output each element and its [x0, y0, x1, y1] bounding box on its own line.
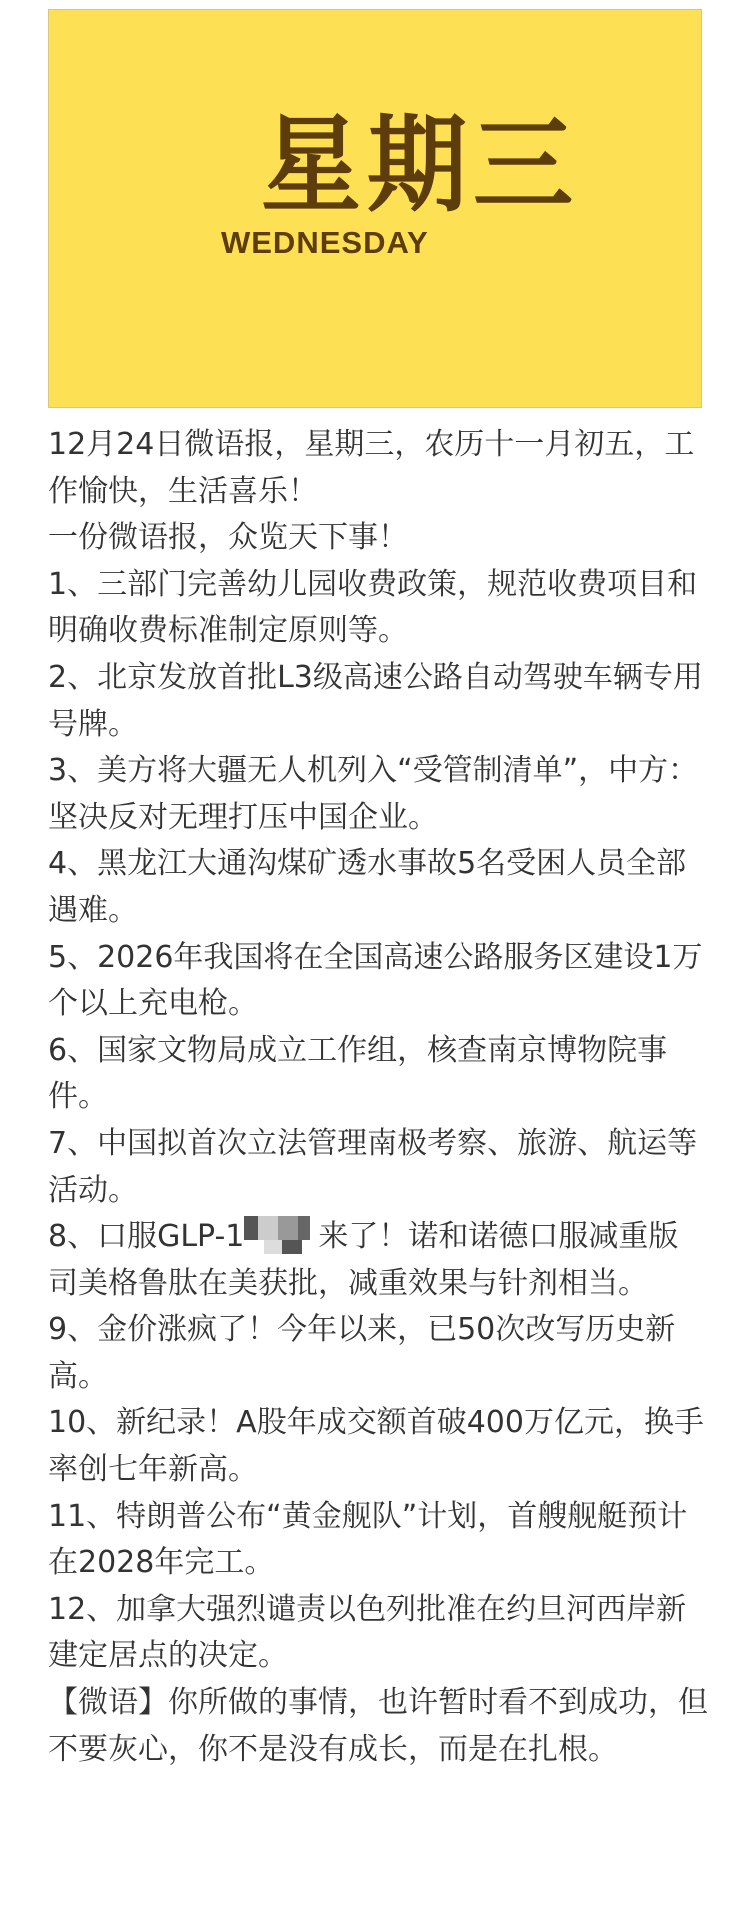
wednesday-banner: 星期三 WEDNESDAY [48, 9, 702, 408]
news-item-2: 2、北京发放首批L3级高速公路自动驾驶车辆专用号牌。 [48, 655, 708, 748]
intro-line-2: 一份微语报，众览天下事！ [48, 515, 708, 562]
news-item-10: 10、新纪录！A股年成交额首破400万亿元，换手率创七年新高。 [48, 1400, 708, 1493]
news-item-4: 4、黑龙江大通沟煤矿透水事故5名受困人员全部遇难。 [48, 841, 708, 934]
quote-label: 【微语】 [48, 1685, 168, 1720]
news-item-8-before: 8、口服GLP-1 [48, 1219, 244, 1254]
intro-line-1: 12月24日微语报，星期三，农历十一月初五，工作愉快，生活喜乐！ [48, 422, 708, 515]
news-item-6: 6、国家文物局成立工作组，核查南京博物院事件。 [48, 1028, 708, 1121]
redacted-mosaic [244, 1216, 318, 1252]
quote: 【微语】你所做的事情，也许暂时看不到成功，但不要灰心，你不是没有成长，而是在扎根… [48, 1680, 708, 1773]
banner-title-en: WEDNESDAY [221, 225, 429, 261]
news-item-5: 5、2026年我国将在全国高速公路服务区建设1万个以上充电枪。 [48, 935, 708, 1028]
news-item-7: 7、中国拟首次立法管理南极考察、旅游、航运等活动。 [48, 1121, 708, 1214]
news-item-11: 11、特朗普公布“黄金舰队”计划，首艘舰艇预计在2028年完工。 [48, 1494, 708, 1587]
news-item-1: 1、三部门完善幼儿园收费政策，规范收费项目和明确收费标准制定原则等。 [48, 562, 708, 655]
news-item-12: 12、加拿大强烈谴责以色列批准在约旦河西岸新建定居点的决定。 [48, 1587, 708, 1680]
news-item-3: 3、美方将大疆无人机列入“受管制清单”，中方：坚决反对无理打压中国企业。 [48, 748, 708, 841]
news-item-9: 9、金价涨疯了！今年以来，已50次改写历史新高。 [48, 1307, 708, 1400]
news-content: 12月24日微语报，星期三，农历十一月初五，工作愉快，生活喜乐！ 一份微语报，众… [48, 422, 708, 1773]
news-item-8: 8、口服GLP-1来了！诺和诺德口服减重版司美格鲁肽在美获批，减重效果与针剂相当… [48, 1214, 708, 1307]
banner-title-cn: 星期三 [261, 107, 601, 225]
